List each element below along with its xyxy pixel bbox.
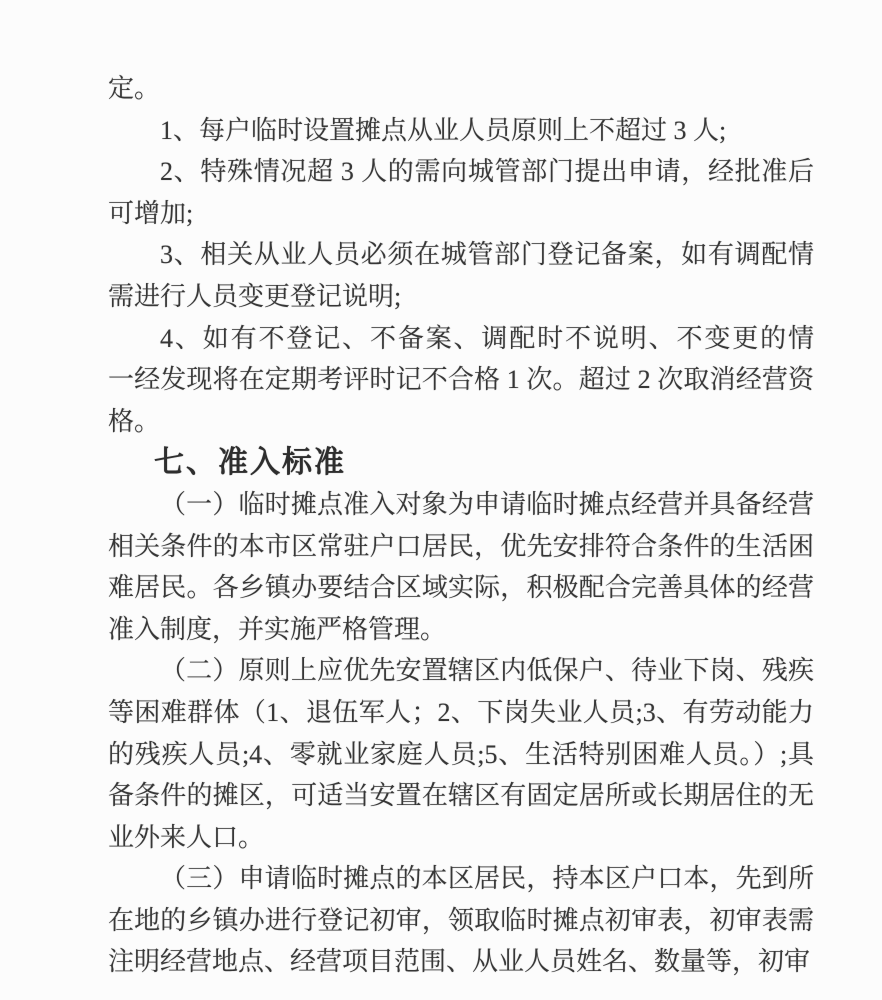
text-line: （一）临时摊点准入对象为申请临时摊点经营并具备经营	[108, 484, 814, 526]
text-line: 1、每户临时设置摊点从业人员原则上不超过 3 人;	[108, 110, 814, 152]
paragraph: 定。	[108, 68, 814, 110]
text-line: 难居民。各乡镇办要结合区域实际，积极配合完善具体的经营	[108, 567, 814, 609]
paragraph: 2、特殊情况超 3 人的需向城管部门提出申请，经批准后方可增加;	[108, 151, 814, 234]
text-line: 4、如有不登记、不备案、调配时不说明、不变更的情况，	[108, 318, 814, 360]
paragraph: 4、如有不登记、不备案、调配时不说明、不变更的情况，一经发现将在定期考评时记不合…	[108, 318, 814, 443]
text-line: 备条件的摊区，可适当安置在辖区有固定居所或长期居住的无	[108, 775, 814, 817]
paragraph: （二）原则上应优先安置辖区内低保户、待业下岗、残疾等困难群体（1、退伍军人；2、…	[108, 650, 814, 858]
text-line: 定。	[108, 68, 814, 110]
text-line: 业外来人口。	[108, 817, 814, 859]
paragraph: 1、每户临时设置摊点从业人员原则上不超过 3 人;	[108, 110, 814, 152]
text-line: 一经发现将在定期考评时记不合格 1 次。超过 2 次取消经营资	[108, 359, 814, 401]
text-line: 相关条件的本市区常驻户口居民，优先安排符合条件的生活困	[108, 526, 814, 568]
text-line: 2、特殊情况超 3 人的需向城管部门提出申请，经批准后方	[108, 151, 814, 193]
document-page: 定。1、每户临时设置摊点从业人员原则上不超过 3 人;2、特殊情况超 3 人的需…	[0, 0, 882, 1000]
paragraph: （三）申请临时摊点的本区居民，持本区户口本，先到所在地的乡镇办进行登记初审，领取…	[108, 858, 814, 983]
text-line: 需进行人员变更登记说明;	[108, 276, 814, 318]
text-line: 可增加;	[108, 193, 814, 235]
text-line: 等困难群体（1、退伍军人；2、下岗失业人员;3、有劳动能力	[108, 692, 814, 734]
paragraph: （一）临时摊点准入对象为申请临时摊点经营并具备经营相关条件的本市区常驻户口居民，…	[108, 484, 814, 650]
text-line: 注明经营地点、经营项目范围、从业人员姓名、数量等，初审	[108, 941, 814, 983]
section-heading: 七、准入标准	[108, 442, 814, 484]
text-line: 的残疾人员;4、零就业家庭人员;5、生活特别困难人员。）;具	[108, 734, 814, 776]
text-line: 3、相关从业人员必须在城管部门登记备案，如有调配情况	[108, 234, 814, 276]
text-line: 格。	[108, 401, 814, 443]
text-line: 在地的乡镇办进行登记初审，领取临时摊点初审表，初审表需	[108, 900, 814, 942]
text-line: （二）原则上应优先安置辖区内低保户、待业下岗、残疾	[108, 650, 814, 692]
paragraph: 3、相关从业人员必须在城管部门登记备案，如有调配情况需进行人员变更登记说明;	[108, 234, 814, 317]
document-body: 定。1、每户临时设置摊点从业人员原则上不超过 3 人;2、特殊情况超 3 人的需…	[108, 68, 814, 983]
text-line: （三）申请临时摊点的本区居民，持本区户口本，先到所	[108, 858, 814, 900]
text-line: 准入制度，并实施严格管理。	[108, 609, 814, 651]
text-line: 七、准入标准	[108, 442, 814, 484]
